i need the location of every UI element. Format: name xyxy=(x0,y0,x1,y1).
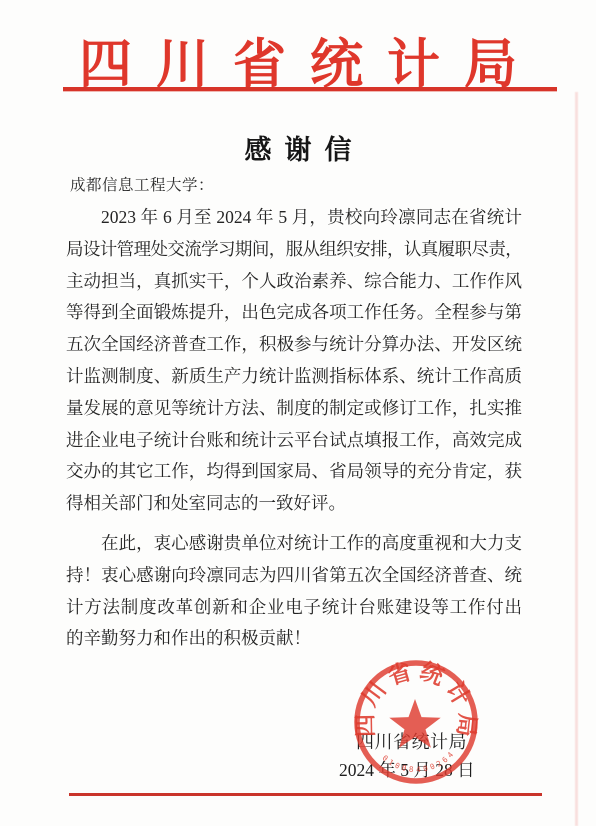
salutation: 成都信息工程大学： xyxy=(70,173,214,195)
body-line: 量发展的意见等统计方法、制度的制定或修订工作，扎实推 xyxy=(66,393,522,425)
letterhead-rule xyxy=(63,87,557,91)
body-paragraph: 2023 年 6 月至 2024 年 5 月，贵校向玲凛同志在省统计局设计管理处… xyxy=(66,202,522,520)
body-line: 得相关部门和处室同志的一致好评。 xyxy=(66,488,522,520)
body-line: 等得到全面锻炼提升，出色完成各项工作任务。全程参与第 xyxy=(66,297,522,329)
body-line: 交办的其它工作，均得到国家局、省局领导的充分肯定，获 xyxy=(66,456,522,488)
body-line: 主动担当，真抓实干，个人政治素养、综合能力、工作作风 xyxy=(66,266,522,298)
scan-artifact-streak xyxy=(575,92,578,826)
letter-date: 2024 年 5 月 28 日 xyxy=(339,757,475,782)
body-paragraph: 在此，衷心感谢贵单位对统计工作的高度重视和大力支持！衷心感谢向玲凛同志为四川省第… xyxy=(66,528,522,655)
body-line: 的辛勤努力和作出的积极贡献！ xyxy=(66,623,522,655)
body-line: 进企业电子统计台账和统计云平台试点填报工作，高效完成 xyxy=(66,425,522,457)
footer-rule xyxy=(69,793,542,796)
body-line: 局设计管理处交流学习期间，服从组织安排，认真履职尽责， xyxy=(66,234,522,266)
body-line: 计方法制度改革创新和企业电子统计台账建设等工作付出 xyxy=(66,592,522,624)
body-line: 2023 年 6 月至 2024 年 5 月，贵校向玲凛同志在省统计 xyxy=(66,202,522,234)
signature-org: 四川省统计局 xyxy=(356,728,467,754)
body-line: 五次全国经济普查工作，积极参与统计分算办法、开发区统 xyxy=(66,329,522,361)
body-line: 持！衷心感谢向玲凛同志为四川省第五次全国经济普查、统 xyxy=(66,560,522,592)
letter-page: 四川省统计局 感谢信 成都信息工程大学： 2023 年 6 月至 2024 年 … xyxy=(0,0,596,826)
body-line: 计监测制度、新质生产力统计监测指标体系、统计工作高质 xyxy=(66,361,522,393)
letter-title: 感谢信 xyxy=(0,128,596,167)
letter-body: 2023 年 6 月至 2024 年 5 月，贵校向玲凛同志在省统计局设计管理处… xyxy=(66,202,522,655)
body-line: 在此，衷心感谢贵单位对统计工作的高度重视和大力支 xyxy=(66,528,522,560)
